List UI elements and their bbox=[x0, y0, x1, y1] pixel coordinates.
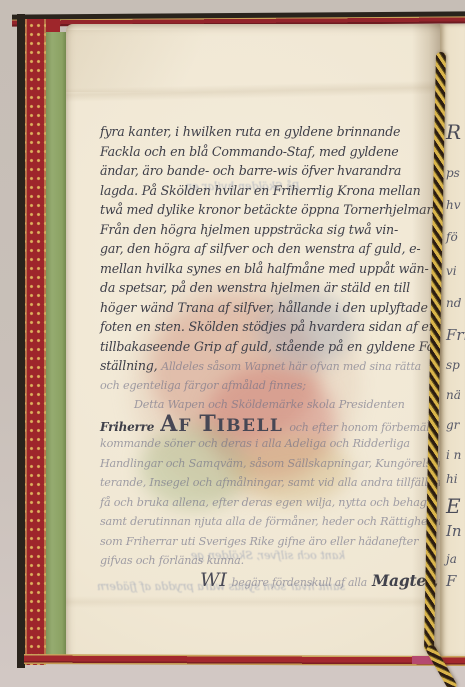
scanned-manuscript-page: På Skölden hvilar en kant och silfver, S… bbox=[0, 0, 465, 687]
text-line: samt derutinnan njuta alla de förmåner, … bbox=[100, 512, 425, 532]
text-line: lagda. På Skölden hvilar en Friherrlig K… bbox=[100, 181, 425, 201]
text-line-tibell: FriherreAF TIBELLoch efter honom förbemä… bbox=[100, 415, 425, 435]
green-cloth-strip bbox=[46, 32, 66, 655]
facing-page-fragment: fö bbox=[446, 230, 458, 244]
wi-initial: WI bbox=[200, 569, 227, 591]
letter-f: F bbox=[178, 416, 199, 436]
facing-page-fragment: nä bbox=[446, 388, 461, 402]
line-faint-mid: begäre fördenskull af alla bbox=[232, 576, 367, 589]
facing-page-fragment: R bbox=[446, 120, 461, 144]
facing-page-fragment: sp bbox=[446, 358, 460, 372]
text-line: fyra kanter, i hwilken ruta en gyldene b… bbox=[100, 122, 425, 142]
text-line: twå med dylike kronor betäckte öppna Tor… bbox=[100, 200, 425, 220]
text-line: som Friherrar uti Sveriges Rike gifne är… bbox=[100, 532, 425, 552]
facing-page-fragment: E bbox=[446, 494, 461, 518]
line-lead: ställning, bbox=[100, 358, 157, 373]
book-cover-left-edge bbox=[17, 14, 25, 668]
facing-page-fragment: hv bbox=[446, 198, 461, 212]
text-line: da spetsar, på den wenstra hjelmen är st… bbox=[100, 278, 425, 298]
paper-crease bbox=[66, 596, 426, 608]
paper-crease bbox=[66, 30, 276, 92]
facing-page-fragment: F bbox=[446, 572, 456, 590]
text-line: gifvas och förlänas kunna. bbox=[100, 551, 425, 571]
manuscript-text-block: fyra kanter, i hwilken ruta en gyldene b… bbox=[100, 122, 425, 590]
af-tibell-name: AF TIBELL bbox=[160, 416, 283, 436]
initial-t: T bbox=[199, 411, 216, 437]
text-line: Fackla och en blå Commando-Staf, med gyl… bbox=[100, 142, 425, 162]
text-line: ändar, äro bande- och barre-wis öfver hv… bbox=[100, 161, 425, 181]
text-line: ställning, Alldeles såsom Wapnet här ofv… bbox=[100, 356, 425, 376]
text-line: höger wänd Trana af silfver, hållande i … bbox=[100, 298, 425, 318]
name-rest: IBELL bbox=[217, 416, 284, 436]
text-line: få och bruka allena, efter deras egen wi… bbox=[100, 493, 425, 513]
text-line: kommande söner och deras i alla Adeliga … bbox=[100, 434, 425, 454]
facing-page-fragment: hi bbox=[446, 472, 458, 486]
line-faint-rest: Alldeles såsom Wapnet här ofvan med sina… bbox=[161, 360, 421, 373]
facing-page-fragment: gr bbox=[446, 418, 459, 432]
facing-page-fragment: ps bbox=[446, 166, 460, 180]
facing-page-fragment: nd bbox=[446, 296, 461, 310]
facing-page-fragment: In bbox=[446, 522, 462, 540]
facing-page-fragment: Fri bbox=[446, 326, 465, 344]
left-red-gold-tooled-border bbox=[25, 19, 46, 665]
text-line: och egenteliga färgor afmålad finnes; bbox=[100, 376, 425, 396]
facing-page-fragment: vi bbox=[446, 264, 457, 278]
bottom-red-gold-border bbox=[24, 654, 465, 666]
friherre-title: Friherre bbox=[100, 420, 154, 434]
text-line: terande, Insegel och afmålningar, samt v… bbox=[100, 473, 425, 493]
text-line: foten en sten. Skölden stödjes på hvarde… bbox=[100, 317, 425, 337]
text-line: mellan hvilka synes en blå halfmåne med … bbox=[100, 259, 425, 279]
facing-page-fragment: ja bbox=[446, 552, 457, 566]
text-line: Från den högra hjelmen uppsträcka sig tw… bbox=[100, 220, 425, 240]
text-line-closing: WIbegäre fördenskull af allaMagter, Kejs… bbox=[200, 571, 425, 591]
text-line: Handlingar och Samqväm, såsom Sällskapni… bbox=[100, 454, 425, 474]
text-line: tillbakaseende Grip af guld, stående på … bbox=[100, 337, 425, 357]
facing-page-fragment: i n bbox=[446, 448, 461, 462]
text-line: gar, den högra af silfver och den wenstr… bbox=[100, 239, 425, 259]
initial-a: A bbox=[160, 411, 178, 437]
